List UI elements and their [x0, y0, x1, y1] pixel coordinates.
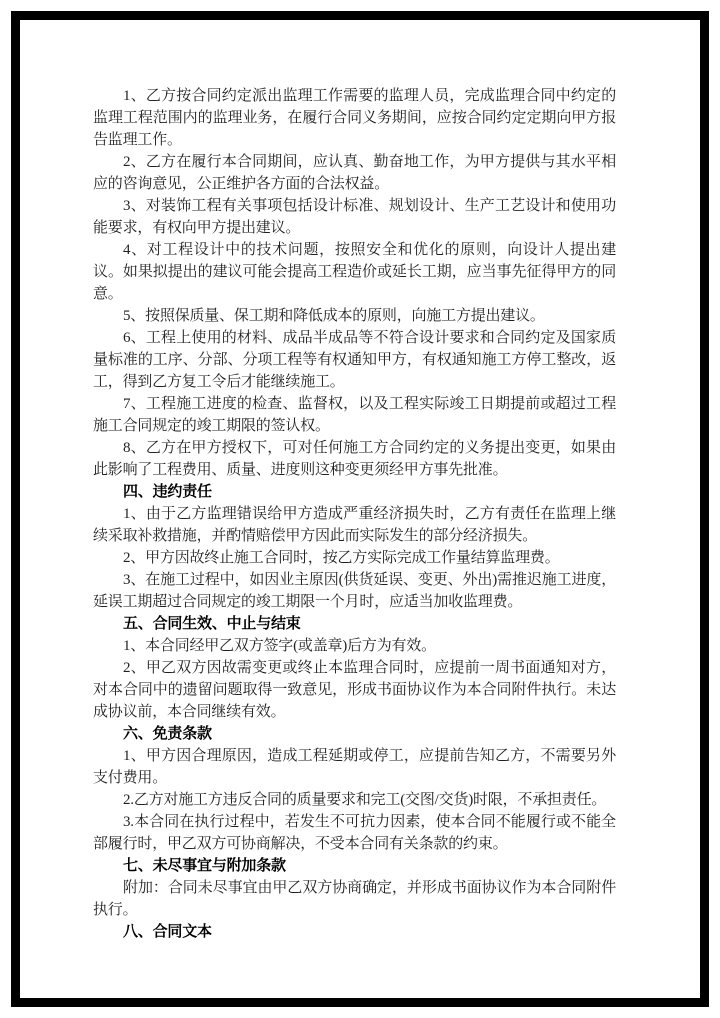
contract-clause: 2.乙方对施工方违反合同的质量要求和完工(交图/交货)时限，不承担责任。 — [93, 789, 616, 811]
contract-clause: 7、工程施工进度的检查、监督权，以及工程实际竣工日期提前或超过工程施工合同规定的… — [93, 393, 616, 437]
contract-clause: 2、乙方在履行本合同期间，应认真、勤奋地工作，为甲方提供与其水平相应的咨询意见，… — [93, 151, 616, 195]
contract-clause: 2、甲乙双方因故需变更或终止本监理合同时，应提前一周书面通知对方，对本合同中的遗… — [93, 657, 616, 723]
contract-clause: 3、对装饰工程有关事项包括设计标准、规划设计、生产工艺设计和使用功能要求，有权向… — [93, 195, 616, 239]
section-heading: 六、免责条款 — [93, 723, 616, 745]
contract-clause: 5、按照保质量、保工期和降低成本的原则，向施工方提出建议。 — [93, 305, 616, 327]
contract-clause: 1、甲方因合理原因，造成工程延期或停工，应提前告知乙方，不需要另外支付费用。 — [93, 745, 616, 789]
contract-page: 1、乙方按合同约定派出监理工作需要的监理人员，完成监理合同中约定的监理工程范围内… — [0, 0, 720, 1018]
section-heading: 八、合同文本 — [93, 921, 616, 943]
contract-clause: 2、甲方因故终止施工合同时，按乙方实际完成工作量结算监理费。 — [93, 547, 616, 569]
contract-clause: 8、乙方在甲方授权下，可对任何施工方合同约定的义务提出变更，如果由此影响了工程费… — [93, 437, 616, 481]
contract-clause: 1、由于乙方监理错误给甲方造成严重经济损失时，乙方有责任在监理上继续采取补救措施… — [93, 503, 616, 547]
contract-clause: 3、在施工过程中，如因业主原因(供货延误、变更、外出)需推迟施工进度，延误工期超… — [93, 569, 616, 613]
contract-clause: 1、本合同经甲乙双方签字(或盖章)后方为有效。 — [93, 635, 616, 657]
contract-clause: 4、对工程设计中的技术问题，按照安全和优化的原则，向设计人提出建议。如果拟提出的… — [93, 239, 616, 305]
contract-clause: 1、乙方按合同约定派出监理工作需要的监理人员，完成监理合同中约定的监理工程范围内… — [93, 85, 616, 151]
contract-clause: 附加：合同未尽事宜由甲乙双方协商确定，并形成书面协议作为本合同附件执行。 — [93, 877, 616, 921]
section-heading: 四、违约责任 — [93, 481, 616, 503]
document-body: 1、乙方按合同约定派出监理工作需要的监理人员，完成监理合同中约定的监理工程范围内… — [93, 85, 616, 943]
section-heading: 五、合同生效、中止与结束 — [93, 613, 616, 635]
contract-clause: 3.本合同在执行过程中，若发生不可抗力因素，使本合同不能履行或不能全部履行时，甲… — [93, 811, 616, 855]
contract-clause: 6、工程上使用的材料、成品半成品等不符合设计要求和合同约定及国家质量标准的工序、… — [93, 327, 616, 393]
section-heading: 七、未尽事宜与附加条款 — [93, 855, 616, 877]
